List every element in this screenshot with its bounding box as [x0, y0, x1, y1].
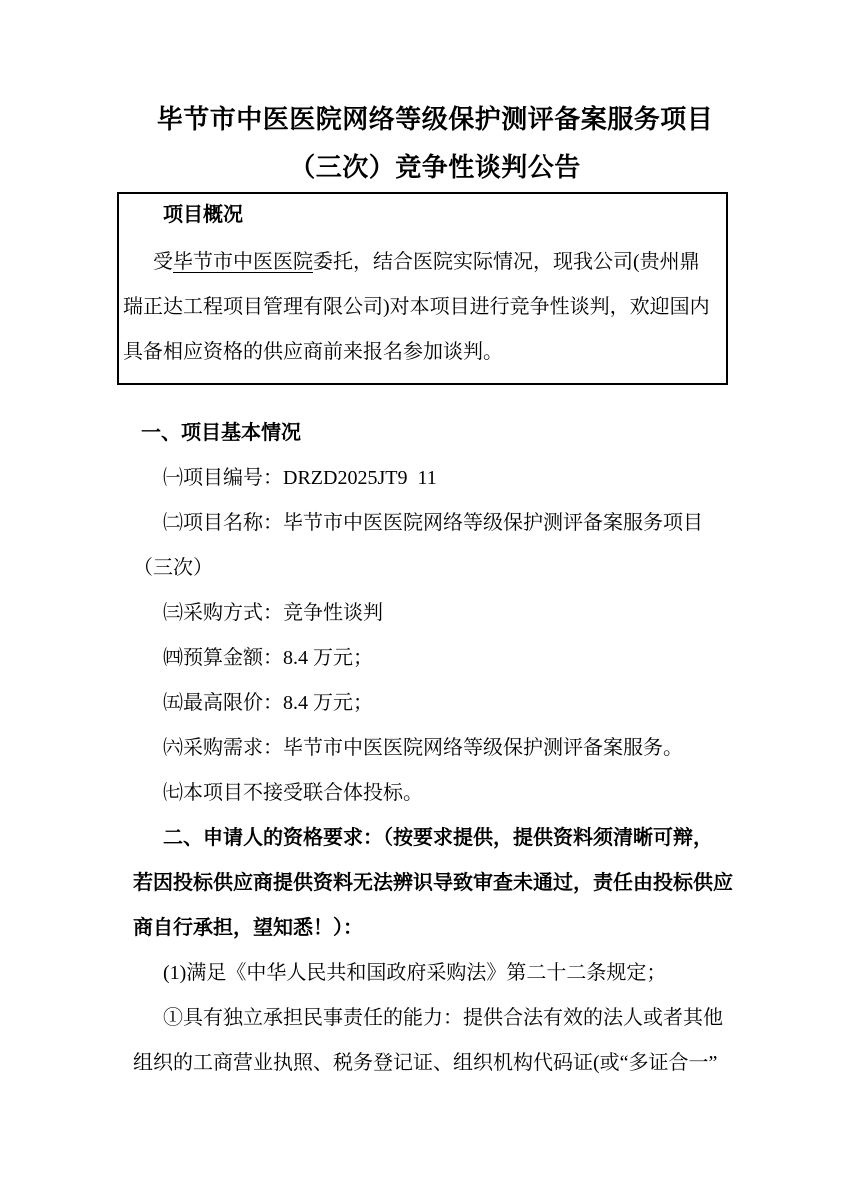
item-law-requirement: (1)满足《中华人民共和国政府采购法》第二十二条规定； [133, 951, 737, 996]
item-procurement-method: ㈢采购方式：竞争性谈判 [133, 591, 737, 636]
item-no-consortium: ㈦本项目不接受联合体投标。 [133, 771, 737, 816]
item-max-price: ㈤最高限价：8.4 万元； [133, 681, 737, 726]
item-project-name-line-2: （三次） [133, 546, 737, 591]
document-title-line-2: （三次）竞争性谈判公告 [133, 144, 737, 192]
overview-heading: 项目概况 [123, 200, 722, 230]
item-budget: ㈣预算金额：8.4 万元； [133, 636, 737, 681]
section2-heading-line-2: 若因投标供应商提供资料无法辨识导致审查未通过，责任由投标供应 [133, 861, 737, 906]
document-content: 毕节市中医医院网络等级保护测评备案服务项目 （三次）竞争性谈判公告 项目概况 受… [133, 0, 737, 1086]
section1-heading: 一、项目基本情况 [133, 411, 737, 456]
item-requirement: ㈥采购需求：毕节市中医医院网络等级保护测评备案服务。 [133, 726, 737, 771]
overview-text-rest: 委托，结合医院实际情况，现我公司(贵州鼎 [313, 251, 700, 273]
document-page: 毕节市中医医院网络等级保护测评备案服务项目 （三次）竞争性谈判公告 项目概况 受… [0, 0, 848, 1200]
project-overview-box: 项目概况 受毕节市中医医院委托，结合医院实际情况，现我公司(贵州鼎 瑞正达工程项… [117, 192, 728, 385]
item-capability-line-2: 组织的工商营业执照、税务登记证、组织机构代码证(或“多证合一” [133, 1041, 737, 1086]
item-capability-line-1: ①具有独立承担民事责任的能力：提供合法有效的法人或者其他 [133, 996, 737, 1041]
overview-paragraph-line-3: 具备相应资格的供应商前来报名参加谈判。 [123, 330, 722, 375]
overview-paragraph-line-1: 受毕节市中医医院委托，结合医院实际情况，现我公司(贵州鼎 [123, 240, 722, 285]
overview-paragraph-line-2: 瑞正达工程项目管理有限公司)对本项目进行竞争性谈判，欢迎国内 [123, 285, 722, 330]
section2-heading-line-3: 商自行承担，望知悉！）： [133, 906, 737, 951]
hospital-name-underlined: 毕节市中医医院 [173, 251, 313, 273]
document-title: 毕节市中医医院网络等级保护测评备案服务项目 （三次）竞争性谈判公告 [133, 96, 737, 192]
item-project-name-line-1: ㈡项目名称：毕节市中医医院网络等级保护测评备案服务项目 [133, 501, 737, 546]
item-project-number: ㈠项目编号：DRZD2025JT9 11 [133, 456, 737, 501]
document-title-line-1: 毕节市中医医院网络等级保护测评备案服务项目 [133, 96, 737, 144]
section2-heading-line-1: 二、申请人的资格要求：（按要求提供，提供资料须清晰可辩， [133, 816, 737, 861]
overview-text-prefix: 受 [153, 251, 173, 273]
